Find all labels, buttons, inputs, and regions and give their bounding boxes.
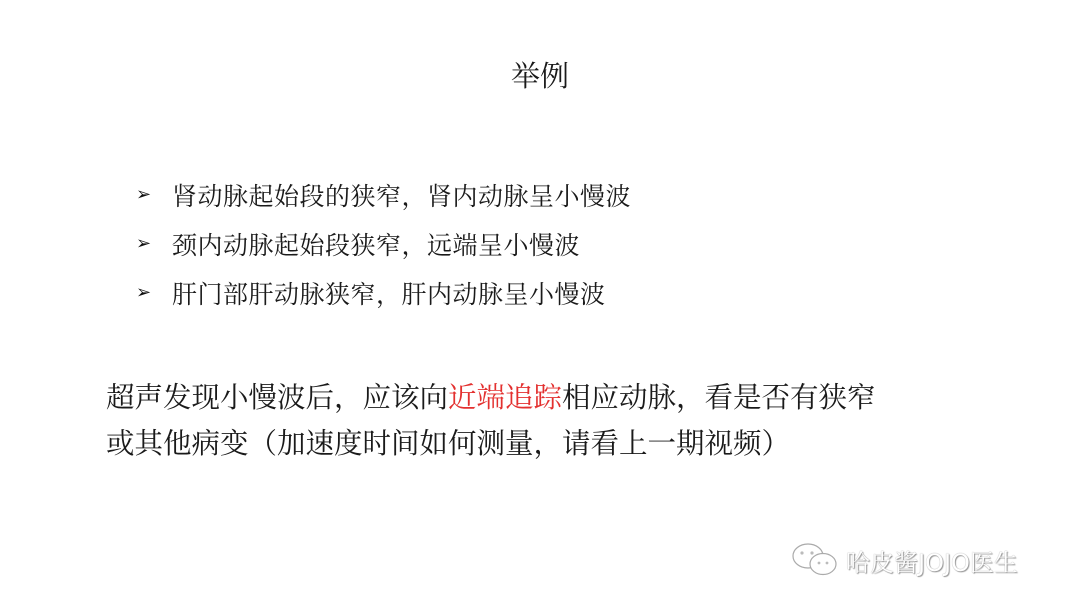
arrowhead-bullet-icon: ➢	[136, 282, 172, 303]
arrowhead-bullet-icon: ➢	[136, 233, 172, 254]
bullet-item: ➢ 肾动脉起始段的狭窄，肾内动脉呈小慢波	[136, 170, 631, 219]
bullet-text: 肾动脉起始段的狭窄，肾内动脉呈小慢波	[172, 177, 631, 213]
wechat-icon	[790, 540, 842, 580]
paragraph-text: 或其他病变（加速度时间如何测量，请看上一期视频）	[106, 427, 790, 460]
slide-title: 举例	[0, 54, 1080, 95]
summary-paragraph: 超声发现小慢波后，应该向近端追踪相应动脉，看是否有狭窄 或其他病变（加速度时间如…	[106, 375, 986, 467]
arrowhead-bullet-icon: ➢	[136, 184, 172, 205]
bullet-item: ➢ 肝门部肝动脉狭窄，肝内动脉呈小慢波	[136, 268, 631, 317]
paragraph-text: 超声发现小慢波后，应该向	[106, 381, 448, 414]
bullet-list: ➢ 肾动脉起始段的狭窄，肾内动脉呈小慢波 ➢ 颈内动脉起始段狭窄，远端呈小慢波 …	[136, 170, 631, 317]
bullet-text: 颈内动脉起始段狭窄，远端呈小慢波	[172, 226, 580, 262]
highlighted-text: 近端追踪	[448, 381, 562, 414]
watermark: 哈皮酱JOJO医生	[790, 540, 1018, 580]
watermark-text: 哈皮酱JOJO医生	[846, 543, 1018, 578]
bullet-text: 肝门部肝动脉狭窄，肝内动脉呈小慢波	[172, 275, 606, 311]
bullet-item: ➢ 颈内动脉起始段狭窄，远端呈小慢波	[136, 219, 631, 268]
paragraph-text: 相应动脉，看是否有狭窄	[562, 381, 876, 414]
